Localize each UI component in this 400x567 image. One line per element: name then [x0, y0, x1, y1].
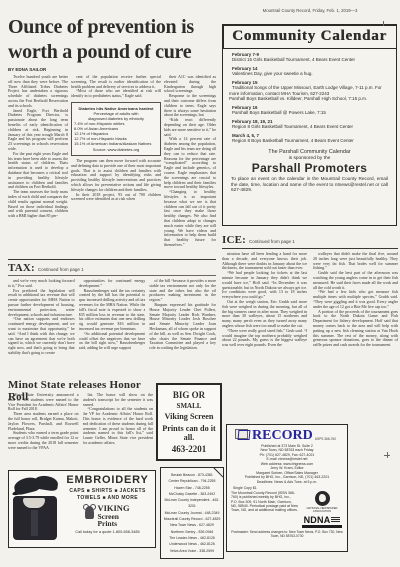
tax-continued-note: Continued from page 1: [38, 267, 84, 272]
paragraph: With a 14 percent rate of diabetes among…: [164, 137, 216, 190]
paragraph: Grubb said the best part of the afternoo…: [313, 271, 398, 290]
paragraph: Janed Eagle, Fort Berthold Diabetes Prog…: [8, 109, 68, 152]
embroidery-items-line1: CAPS ■ SHIRTS ■ JACKETS: [63, 488, 152, 494]
honor-roll-col2: list. The honor will show on the student…: [83, 393, 154, 467]
ice-continued-note: Continued from page 1: [249, 239, 295, 244]
ad-line3: Prints can do it all.: [160, 424, 218, 442]
community-calendar-title: Community Calendar: [223, 25, 397, 49]
tax-rule-bottom: [8, 275, 216, 276]
embroidery-ad: EMBROIDERY CAPS ■ SHIRTS ■ JACKETS TOWEL…: [8, 470, 156, 548]
record-info-line: Deadlines: News & Ads Tues. at 5 p.m.: [230, 480, 344, 485]
paragraph: list. The honor will show on the student…: [83, 393, 154, 407]
sponsor-name: Parshall Promoters: [231, 161, 388, 175]
north-dakota-outline-icon: [238, 430, 251, 440]
caps-jackets-photo: [12, 476, 60, 542]
paragraph: “Changing to healthy lifestyles is so im…: [164, 190, 216, 248]
sister-paper-entry: New Town News - 627-4829: [161, 522, 223, 528]
ice-columns: nization have all been lending a hand fo…: [222, 252, 398, 422]
ad-line1: BIG OR SMALL: [160, 390, 218, 410]
calendar-event: February 18, 19, 21 Region 8 Girls Baske…: [229, 119, 390, 130]
honor-roll-columns: Minot State University announced a total…: [8, 393, 153, 467]
paragraph: A portion of the proceeds of the tournam…: [313, 310, 398, 348]
paragraph: “Our nation supports and endorses contin…: [8, 317, 75, 355]
paragraph: “Kids react differently depending on the…: [164, 118, 216, 137]
paragraph: Students who earned a term grade point a…: [8, 431, 79, 450]
record-middle-row: The Mountrail County Record (ISSN 366-76…: [231, 491, 343, 528]
lead-article-col2: cent of the population receive further s…: [71, 75, 161, 260]
viking-logo-text: VIKING Screen Prints: [97, 504, 129, 528]
calendar-event: February 15 Traditional Songs of the Upp…: [229, 80, 390, 102]
lead-headline-line1: Ounce of prevention is: [8, 15, 218, 40]
paragraph: “We had people looking for tickets at th…: [222, 271, 307, 300]
paragraph: Fox predicted the legislation will resul…: [8, 289, 75, 318]
paragraph: Twelve hundred youth are better off now …: [8, 75, 68, 109]
paragraph: walleyes that didn't make the final five…: [313, 252, 398, 271]
tax-col1: and we're very much looking forward to i…: [8, 279, 75, 375]
viking-screen-prints-ad: BIG OR SMALL Viking Screen Prints can do…: [156, 383, 222, 461]
paragraph: For the past eight years Eagle and his t…: [8, 152, 68, 190]
sister-paper-entry: McLean County Independent - 462-3201: [161, 497, 223, 510]
paragraph: Three area students earned a place on th…: [8, 412, 79, 431]
ad-line2: Viking Screen: [160, 412, 218, 421]
paragraph: cent of the population receive further s…: [71, 75, 161, 89]
fact-box-subtitle: Percentage of adults with diagnosed diab…: [74, 111, 158, 121]
record-masthead-box: RECORD USPS 366-760 Published at 373 Mai…: [226, 424, 348, 552]
sponsor-text: To place an event on the calendar in the…: [231, 176, 388, 193]
paragraph: their A1C was identified as elevated dur…: [164, 75, 216, 94]
scan-artifact-plus: [387, 452, 388, 458]
tax-label: TAX:: [8, 262, 35, 274]
ndna-bar: [302, 525, 342, 527]
paragraph: nization have all been lending a hand fo…: [222, 252, 307, 271]
page-folio: Mountrail County Record, Friday, Feb. 1,…: [240, 8, 380, 13]
tax-col3: of the bill “because it provides a more …: [149, 279, 216, 375]
calendar-event-desc: Region 8 Girls Basketball Tournament, 4 …: [229, 124, 390, 129]
ice-section-header: ICE: Continued from page 1: [222, 234, 295, 246]
calendar-event: March 4, 5, 7 Region 8 Boys Basketball T…: [229, 133, 390, 144]
ice-col2: walleyes that didn't make the final five…: [313, 252, 398, 422]
nna-label: NATIONAL NEWSPAPER ASSOCIATION: [301, 507, 343, 513]
sister-paper-entry: Center Republican - 794-2255: [161, 478, 223, 484]
community-calendar-box: Community Calendar February 7-9 District…: [222, 24, 397, 226]
national-newspaper-association-seal-icon: [315, 491, 330, 506]
paragraph: “So additional potential development cou…: [79, 332, 146, 351]
paragraph: The team assesses the body mass index of…: [8, 190, 68, 219]
diabetes-fact-box: Diabetes hits Native Americans hardest P…: [71, 102, 161, 156]
calendar-event-desc: Region 8 Boys Basketball Tournament, 4 B…: [229, 138, 390, 143]
paragraph: Burgum expressed his gratitude for House…: [149, 303, 216, 351]
paragraph: Out at the weigh station, Eric Grubb sai…: [222, 300, 307, 329]
tax-col2: opportunities for continued energy devel…: [79, 279, 146, 375]
tax-section-header: TAX: Continued from page 1: [8, 262, 84, 274]
ice-label: ICE:: [222, 234, 246, 246]
viking-mascot-icon: [85, 506, 94, 519]
embroidery-phone-line: Call today for a quote 1-800-658-3485: [63, 530, 152, 534]
tax-rule-top: [8, 259, 216, 260]
record-legal-text: The Mountrail County Record (ISSN 366-76…: [231, 491, 298, 528]
embroidery-items-line2: TOWELS ■ AND MORE: [63, 495, 152, 501]
ndna-flag-icon: [331, 517, 340, 523]
paragraph: “Congratulations to all the students on …: [83, 407, 154, 445]
lead-article-col1: Twelve hundred youth are better off now …: [8, 75, 68, 260]
lead-byline: BY EDNA SAILOR: [8, 67, 46, 72]
calendar-sponsor-block: The Parshall Community Calendar is spons…: [223, 147, 396, 193]
paragraph: “There were really good sized fish,” Gru…: [222, 329, 307, 348]
fact-box-stats: 7.4% of non-Hispanic whites8.0% of Asian…: [74, 121, 158, 146]
scan-artifact: [383, 21, 384, 26]
calendar-event: February 14 Valentines Day, give your sw…: [229, 66, 390, 77]
calendar-events: February 7-9 District 15 Girls Basketbal…: [223, 48, 396, 144]
paragraph: Minot State University announced a total…: [8, 393, 79, 412]
honor-roll-col1: Minot State University announced a total…: [8, 393, 79, 467]
sister-paper-entry: Velva Area Voice - 338-2599: [161, 548, 223, 554]
ndna-logo: NDNA: [304, 515, 341, 525]
paragraph: of the bill “because it provides a more …: [149, 279, 216, 303]
paragraph: Response to the screenings and their out…: [164, 94, 216, 118]
calendar-event: February 7-9 District 15 Girls Basketbal…: [229, 52, 390, 63]
usps-number: USPS 366-760: [315, 437, 336, 441]
ad-phone: 463-2201: [160, 444, 218, 454]
calendar-event-desc: Traditional Songs of the Upper Missouri,…: [229, 85, 390, 101]
fact-box-stat: 15.1% of American Indians/Alaskan Native…: [74, 141, 158, 146]
newspaper-page: Mountrail County Record, Friday, Feb. 1,…: [0, 0, 400, 567]
sponsor-line2: is sponsored by the: [231, 156, 388, 161]
viking-brand3: Prints: [97, 520, 129, 528]
record-masthead: RECORD USPS 366-760: [230, 429, 344, 442]
sister-papers-list: Beulah Beacon - 873-4381Center Republica…: [161, 472, 223, 554]
fact-box-source: Source: www.diabetes.org: [74, 147, 158, 152]
ad-line1a: BIG OR: [173, 390, 205, 400]
lead-headline: Ounce of prevention is worth a pound of …: [8, 15, 218, 65]
single-copy-price: Single Copy $1: [233, 486, 344, 490]
calendar-event: February 16 Parshall Boys Basketball @ P…: [229, 105, 390, 116]
viking-logo-block: VIKING Screen Prints: [63, 504, 152, 528]
sister-papers-box: Beulah Beacon - 873-4381Center Republica…: [160, 467, 224, 559]
tax-columns: and we're very much looking forward to i…: [8, 279, 216, 375]
record-logo-text: RECORD: [252, 429, 313, 442]
record-info-line: Published by BHG, Inc., Garrison, ND, (7…: [230, 475, 344, 480]
postmaster-note: Postmaster: Send address changes to: New…: [230, 530, 344, 538]
lead-article-columns: Twelve hundred youth are better off now …: [8, 75, 216, 260]
lead-article-col2-top: cent of the population receive further s…: [71, 75, 161, 99]
sister-paper-entry: Underwood News - 462-8126: [161, 541, 223, 547]
embroidery-title: EMBROIDERY: [63, 474, 152, 486]
paragraph: Rauschenberger said the tax certainty cr…: [79, 289, 146, 332]
ice-rule: [222, 248, 398, 249]
scan-artifact: [384, 33, 386, 35]
association-logos: NATIONAL NEWSPAPER ASSOCIATION NDNA: [301, 491, 343, 528]
embroidery-ad-content: EMBROIDERY CAPS ■ SHIRTS ■ JACKETS TOWEL…: [63, 474, 152, 545]
paragraph: In their 2018 project, 93 out of 700 chi…: [71, 193, 161, 203]
jacket-shape: [13, 496, 57, 540]
ndna-text: NDNA: [304, 515, 331, 525]
sponsor-line1: The Parshall Community Calendar: [231, 149, 388, 155]
lead-article-col2-bottom: The program can then move forward with a…: [71, 159, 161, 202]
lead-headline-line2: worth a pound of cure: [8, 40, 218, 65]
lead-article-col3: their A1C was identified as elevated dur…: [164, 75, 216, 260]
ice-col1: nization have all been lending a hand fo…: [222, 252, 307, 422]
paragraph: “Most of those who are identified at ris…: [71, 89, 161, 99]
calendar-event-desc: District 15 Girls Basketball Tournament,…: [229, 57, 390, 62]
calendar-event-desc: Valentines Day, give your sweetie a hug.: [229, 71, 390, 76]
paragraph: The program can then move forward with a…: [71, 159, 161, 193]
calendar-event-desc: Parshall Boys Basketball @ Powers Lake, …: [229, 110, 390, 115]
record-info-lines: Published at 373 Main St. Suite 2New Tow…: [230, 444, 344, 485]
ad-line1b: SMALL: [177, 402, 202, 410]
paragraph: “We had a few kids who got measure fish …: [313, 290, 398, 309]
